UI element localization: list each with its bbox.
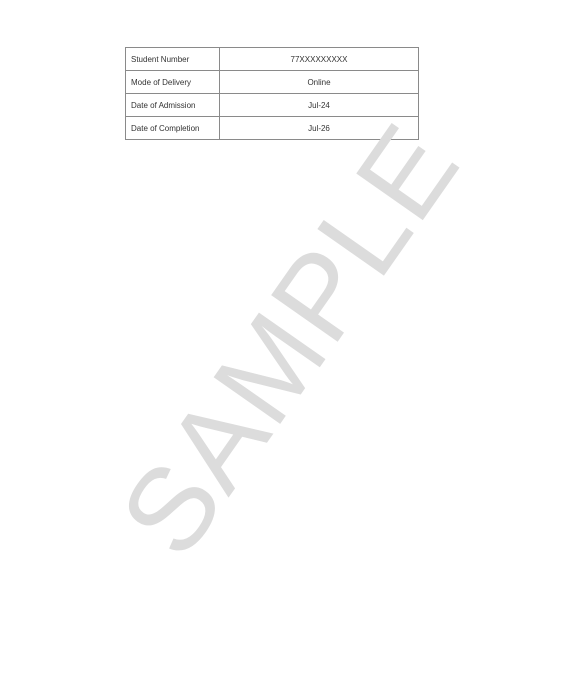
sample-watermark: SAMPLE <box>94 100 487 580</box>
table-row-student-number: Student Number 77XXXXXXXXX <box>126 48 419 71</box>
mode-of-delivery-label: Mode of Delivery <box>126 71 220 94</box>
student-number-value: 77XXXXXXXXX <box>220 48 419 71</box>
date-of-completion-value: Jul-26 <box>220 117 419 140</box>
table-row-date-of-completion: Date of Completion Jul-26 <box>126 117 419 140</box>
table-row-mode-of-delivery: Mode of Delivery Online <box>126 71 419 94</box>
student-number-label: Student Number <box>126 48 220 71</box>
date-of-admission-value: Jul-24 <box>220 94 419 117</box>
student-info-table: Student Number 77XXXXXXXXX Mode of Deliv… <box>125 47 419 140</box>
date-of-completion-label: Date of Completion <box>126 117 220 140</box>
date-of-admission-label: Date of Admission <box>126 94 220 117</box>
table-row-date-of-admission: Date of Admission Jul-24 <box>126 94 419 117</box>
mode-of-delivery-value: Online <box>220 71 419 94</box>
